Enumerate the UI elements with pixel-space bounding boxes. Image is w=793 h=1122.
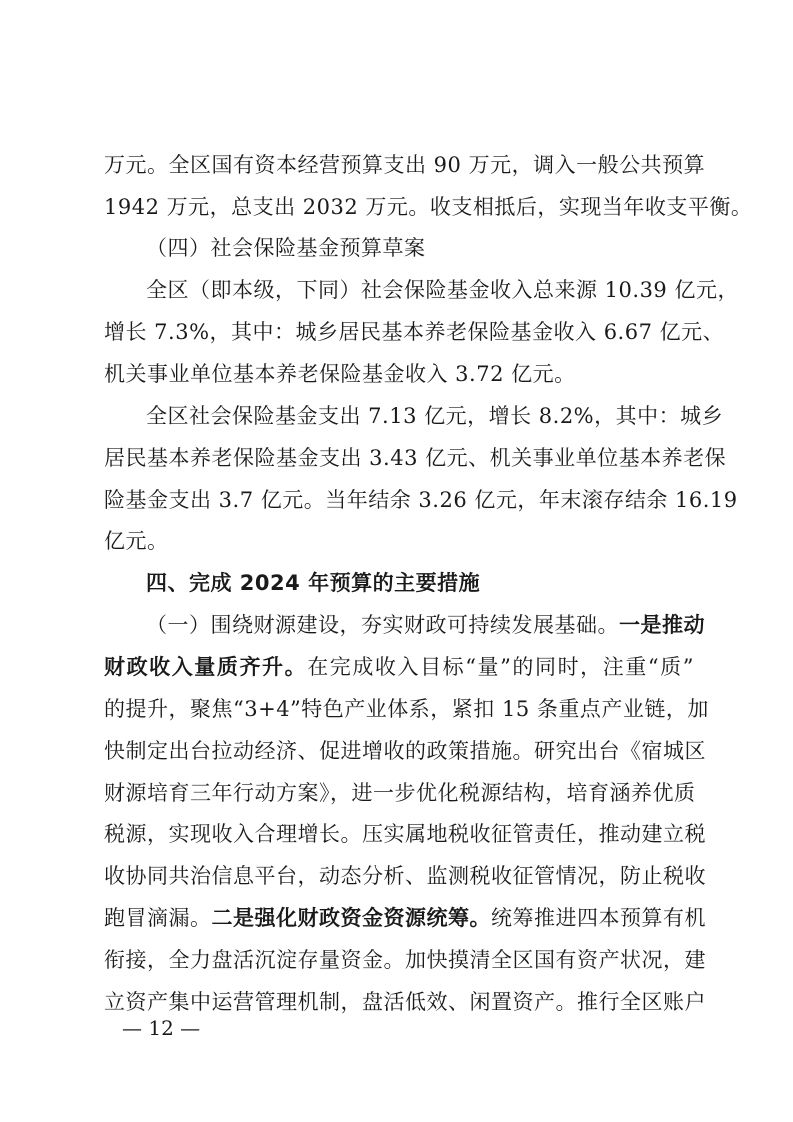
paragraph-line: 1942 万元，总支出 2032 万元。收支相抵后，实现当年收支平衡。: [104, 193, 694, 221]
section-subheading: （四）社会保险基金预算草案: [146, 234, 694, 262]
paragraph-line: 财源培育三年行动方案》，进一步优化税源结构，培育涵养优质: [104, 779, 694, 807]
page-number: — 12 —: [122, 1016, 200, 1040]
section-heading: 四、完成 2024 年预算的主要措施: [146, 569, 694, 597]
paragraph-line: 险基金支出 3.7 亿元。当年结余 3.26 亿元，年末滚存结余 16.19: [104, 486, 694, 514]
paragraph-line: 衔接，全力盘活沉淀存量资金。加快摸清全区国有资产状况，建: [104, 946, 694, 974]
paragraph-line: 万元。全区国有资本经营预算支出 90 万元，调入一般公共预算: [104, 151, 694, 179]
text-run: 在完成收入目标“量”的同时，注重“质”: [307, 655, 694, 679]
paragraph-line: 机关事业单位基本养老保险基金收入 3.72 亿元。: [104, 360, 694, 388]
paragraph-line: 亿元。: [104, 527, 694, 555]
bold-point: 一是推动: [619, 613, 705, 637]
paragraph-line: 增长 7.3%，其中：城乡居民基本养老保险基金收入 6.67 亿元、: [104, 318, 694, 346]
bold-point: 二是强化财政资金资源统筹。: [212, 906, 492, 930]
paragraph-line: （一）围绕财源建设，夯实财政可持续发展基础。一是推动: [146, 611, 694, 639]
paragraph-line: 全区（即本级，下同）社会保险基金收入总来源 10.39 亿元，: [146, 276, 694, 304]
paragraph-line: 税源，实现收入合理增长。压实属地税收征管责任，推动建立税: [104, 820, 694, 848]
bold-point: 财政收入量质齐升。: [104, 655, 307, 679]
paragraph-line: 的提升，聚焦“3+4”特色产业体系，紧扣 15 条重点产业链，加: [104, 695, 694, 723]
paragraph-line: 全区社会保险基金支出 7.13 亿元，增长 8.2%，其中：城乡: [146, 402, 694, 430]
paragraph-line: 跑冒滴漏。二是强化财政资金资源统筹。统筹推进四本预算有机: [104, 904, 694, 932]
paragraph-line: 财政收入量质齐升。在完成收入目标“量”的同时，注重“质”: [104, 653, 694, 681]
paragraph-line: 居民基本养老保险基金支出 3.43 亿元、机关事业单位基本养老保: [104, 444, 694, 472]
text-run: 统筹推进四本预算有机: [491, 906, 706, 930]
paragraph-line: 快制定出台拉动经济、促进增收的政策措施。研究出台《宿城区: [104, 737, 694, 765]
document-page: 万元。全区国有资本经营预算支出 90 万元，调入一般公共预算 1942 万元，总…: [0, 0, 793, 1122]
subsection-title: （一）围绕财源建设，夯实财政可持续发展基础。: [146, 613, 619, 637]
paragraph-line: 立资产集中运营管理机制，盘活低效、闲置资产。推行全区账户: [104, 988, 694, 1016]
paragraph-line: 收协同共治信息平台，动态分析、监测税收征管情况，防止税收: [104, 862, 694, 890]
text-run: 跑冒滴漏。: [104, 906, 212, 930]
